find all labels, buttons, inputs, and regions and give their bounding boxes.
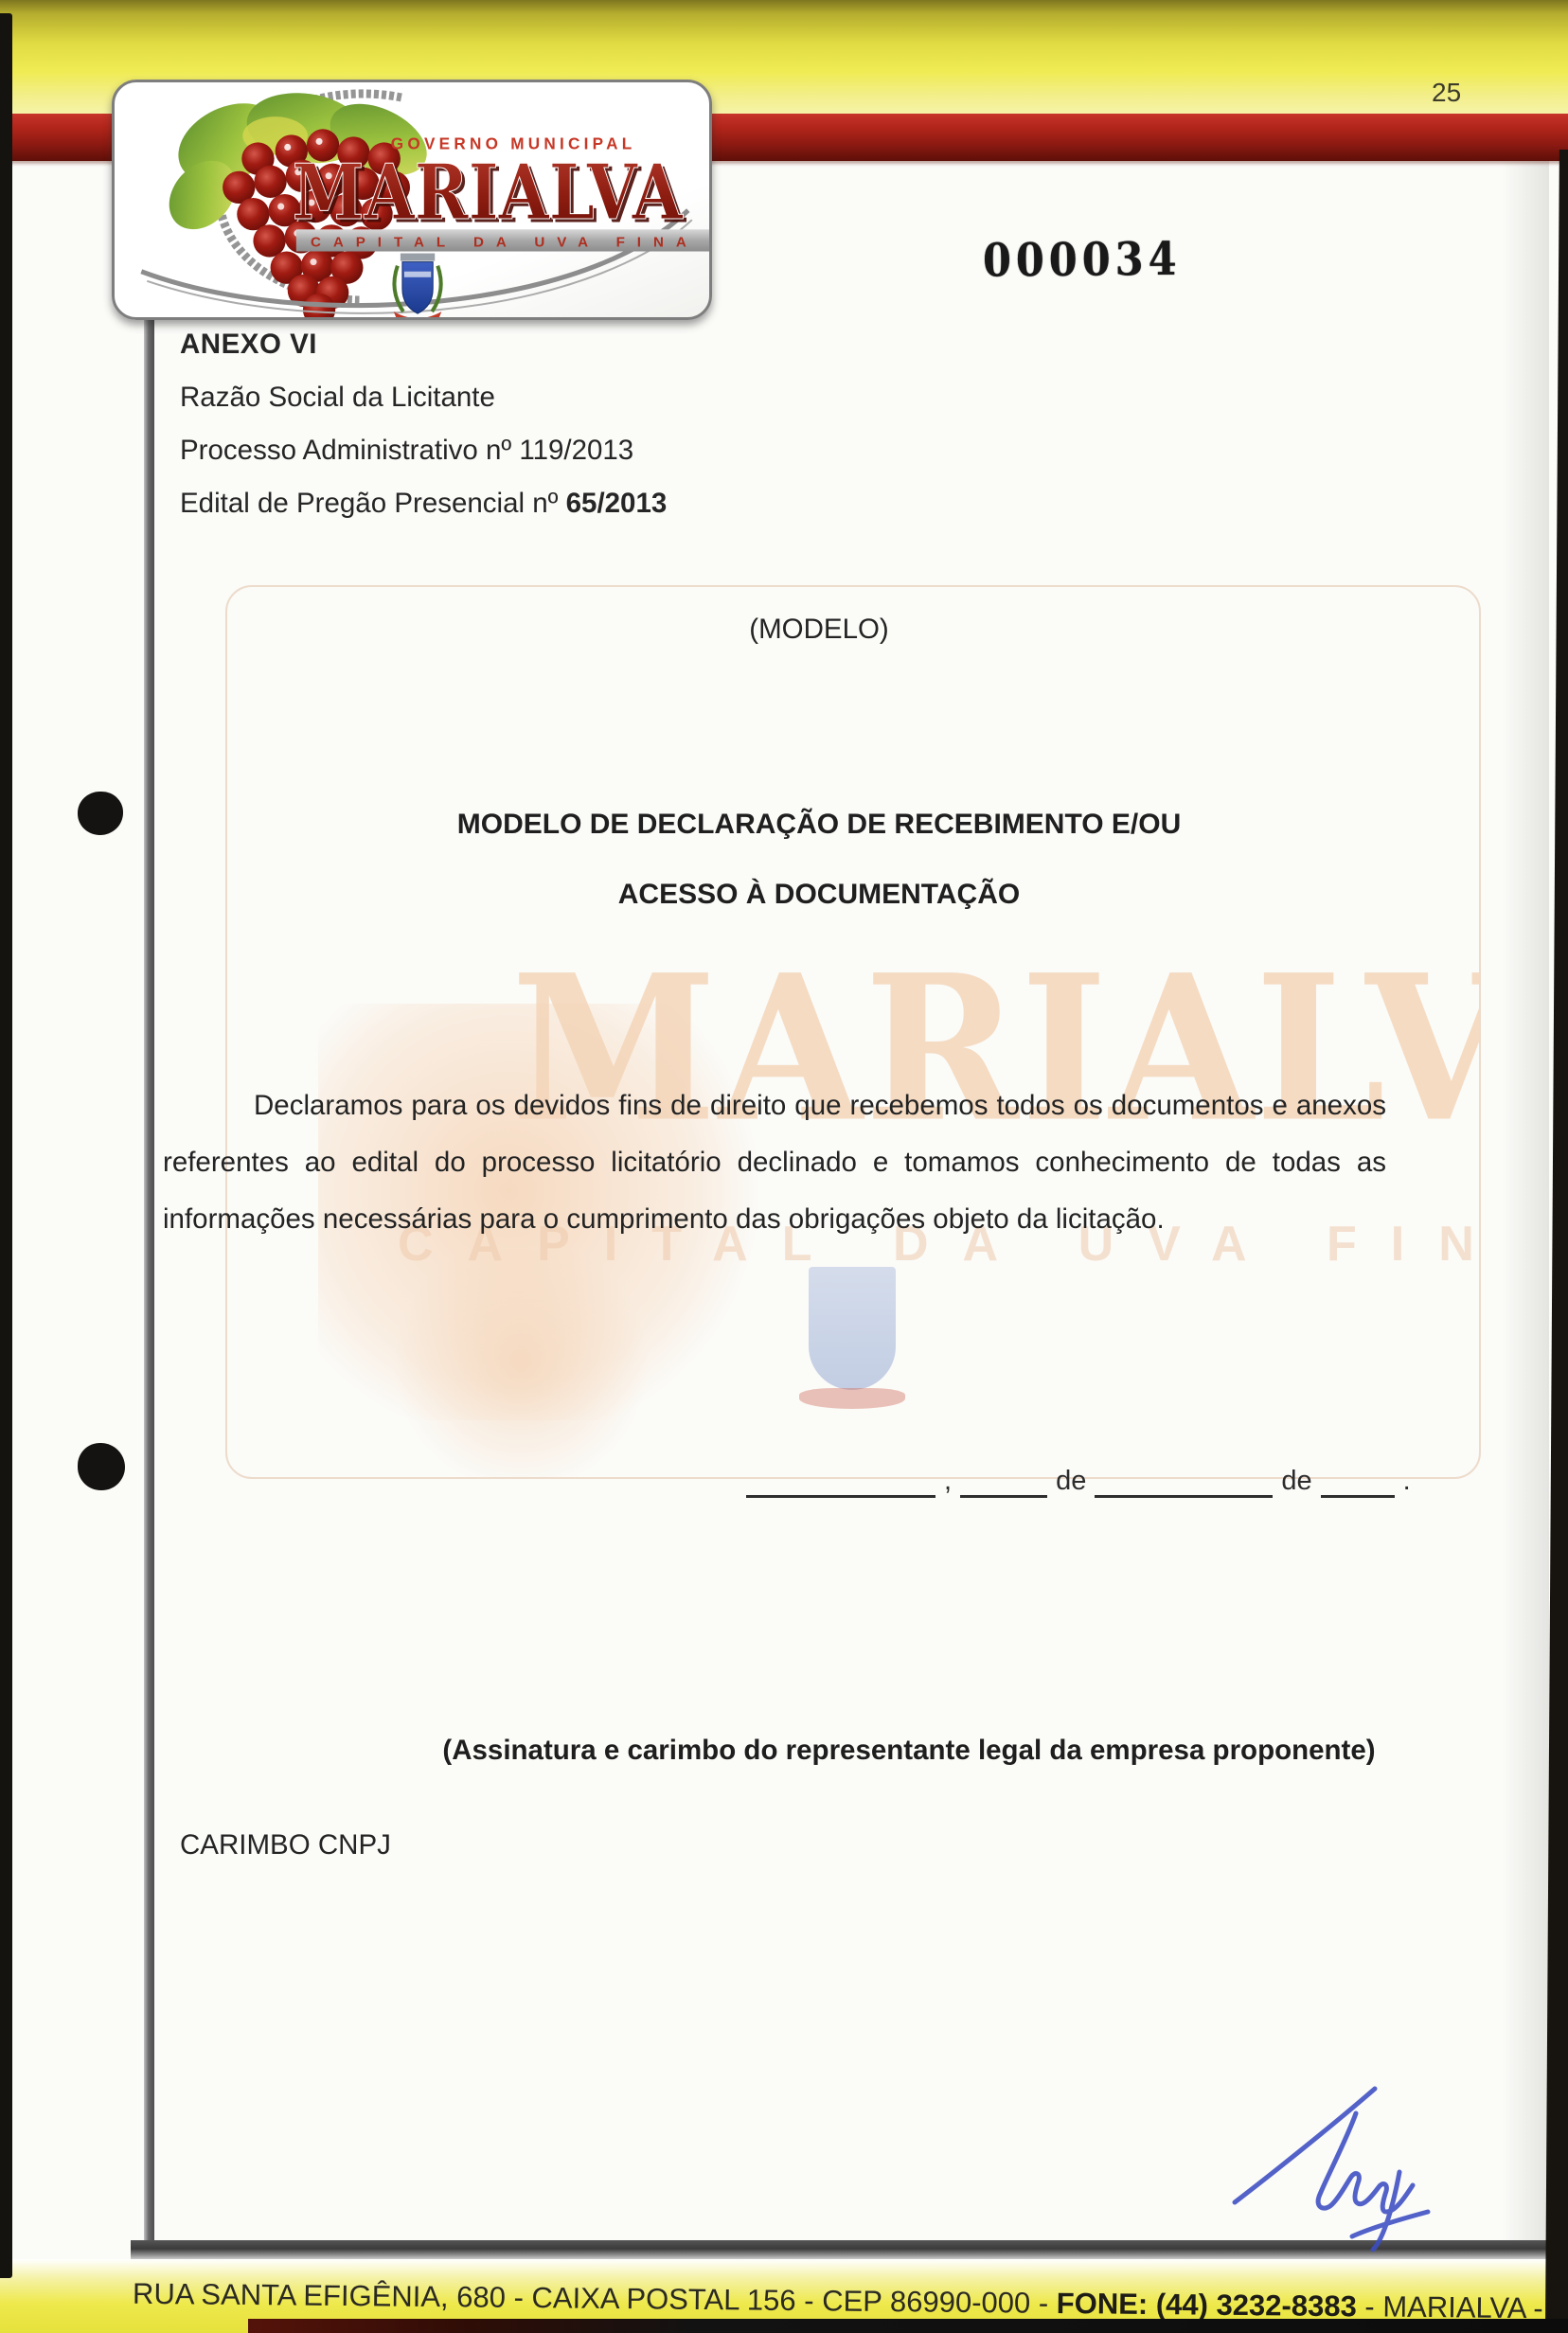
city-blank-line [746, 1467, 935, 1498]
hole-punch-dot [78, 792, 123, 835]
edital-number: 65/2013 [566, 488, 668, 519]
hole-punch-dot [78, 1443, 125, 1490]
declaration-paragraph: Declaramos para os devidos fins de direi… [163, 1077, 1386, 1248]
marialva-logo: GOVERNO MUNICIPAL MARIALVA MARIALVA CAPI… [112, 80, 712, 320]
annex-label: ANEXO VI [180, 318, 667, 371]
scan-left-edge [0, 13, 12, 2278]
day-blank-line [960, 1467, 1047, 1498]
carimbo-cnpj-label: CARIMBO CNPJ [180, 1829, 391, 1861]
title-line-1: MODELO DE DECLARAÇÃO DE RECEBIMENTO E/OU [161, 809, 1477, 841]
edital-prefix: Edital de Pregão Presencial nº [180, 488, 566, 519]
period: . [1399, 1464, 1415, 1498]
edital-line: Edital de Pregão Presencial nº 65/2013 [180, 477, 667, 530]
marialva-logo-graphic: GOVERNO MUNICIPAL MARIALVA MARIALVA CAPI… [115, 82, 709, 317]
signature-caption: (Assinatura e carimbo do representante l… [251, 1735, 1567, 1767]
scan-bottom-edge [248, 2319, 1568, 2333]
title-line-2: ACESSO À DOCUMENTAÇÃO [161, 879, 1477, 911]
handwritten-signature [1212, 2053, 1449, 2252]
month-blank-line [1095, 1467, 1273, 1498]
document-header: ANEXO VI Razão Social da Licitante Proce… [180, 318, 667, 530]
de-word: de [1052, 1464, 1090, 1498]
coat-of-arms-icon [394, 254, 441, 317]
scanned-document-page: 25 MARIALVA CAPITAL DA UVA FINA [0, 0, 1568, 2333]
modelo-label: (MODELO) [161, 614, 1477, 646]
de-word: de [1277, 1464, 1315, 1498]
paragraph-line: Declaramos para os devidos fins de direi… [163, 1077, 1386, 1134]
processo-line: Processo Administrativo nº 119/2013 [180, 424, 667, 477]
year-blank-line [1321, 1467, 1395, 1498]
paragraph-line: informações necessárias para o cumprimen… [163, 1191, 1386, 1248]
razao-social-line: Razão Social da Licitante [180, 371, 667, 424]
watermark-grapes-blob [379, 1250, 663, 1477]
paragraph-line: referentes ao edital do processo licitat… [163, 1134, 1386, 1191]
page-number: 25 [1432, 78, 1461, 108]
logo-city-name: MARIALVA [293, 148, 684, 238]
scan-right-shading [1502, 161, 1549, 2240]
logo-tagline: CAPITAL DA UVA FINA [311, 234, 695, 250]
page-frame-left [144, 186, 154, 2250]
watermark-shield [809, 1267, 896, 1390]
footer-phone: FONE: (44) 3232-8383 [1057, 2287, 1357, 2323]
sheet-number-stamp: 000034 [983, 233, 1182, 288]
document-title: MODELO DE DECLARAÇÃO DE RECEBIMENTO E/OU… [161, 809, 1477, 911]
logo-watermark: MARIALVA CAPITAL DA UVA FINA [225, 585, 1481, 1479]
watermark-shield-ribbon [799, 1388, 905, 1409]
comma: , [940, 1464, 955, 1498]
date-fill-in-line: , de de . [746, 1464, 1415, 1498]
